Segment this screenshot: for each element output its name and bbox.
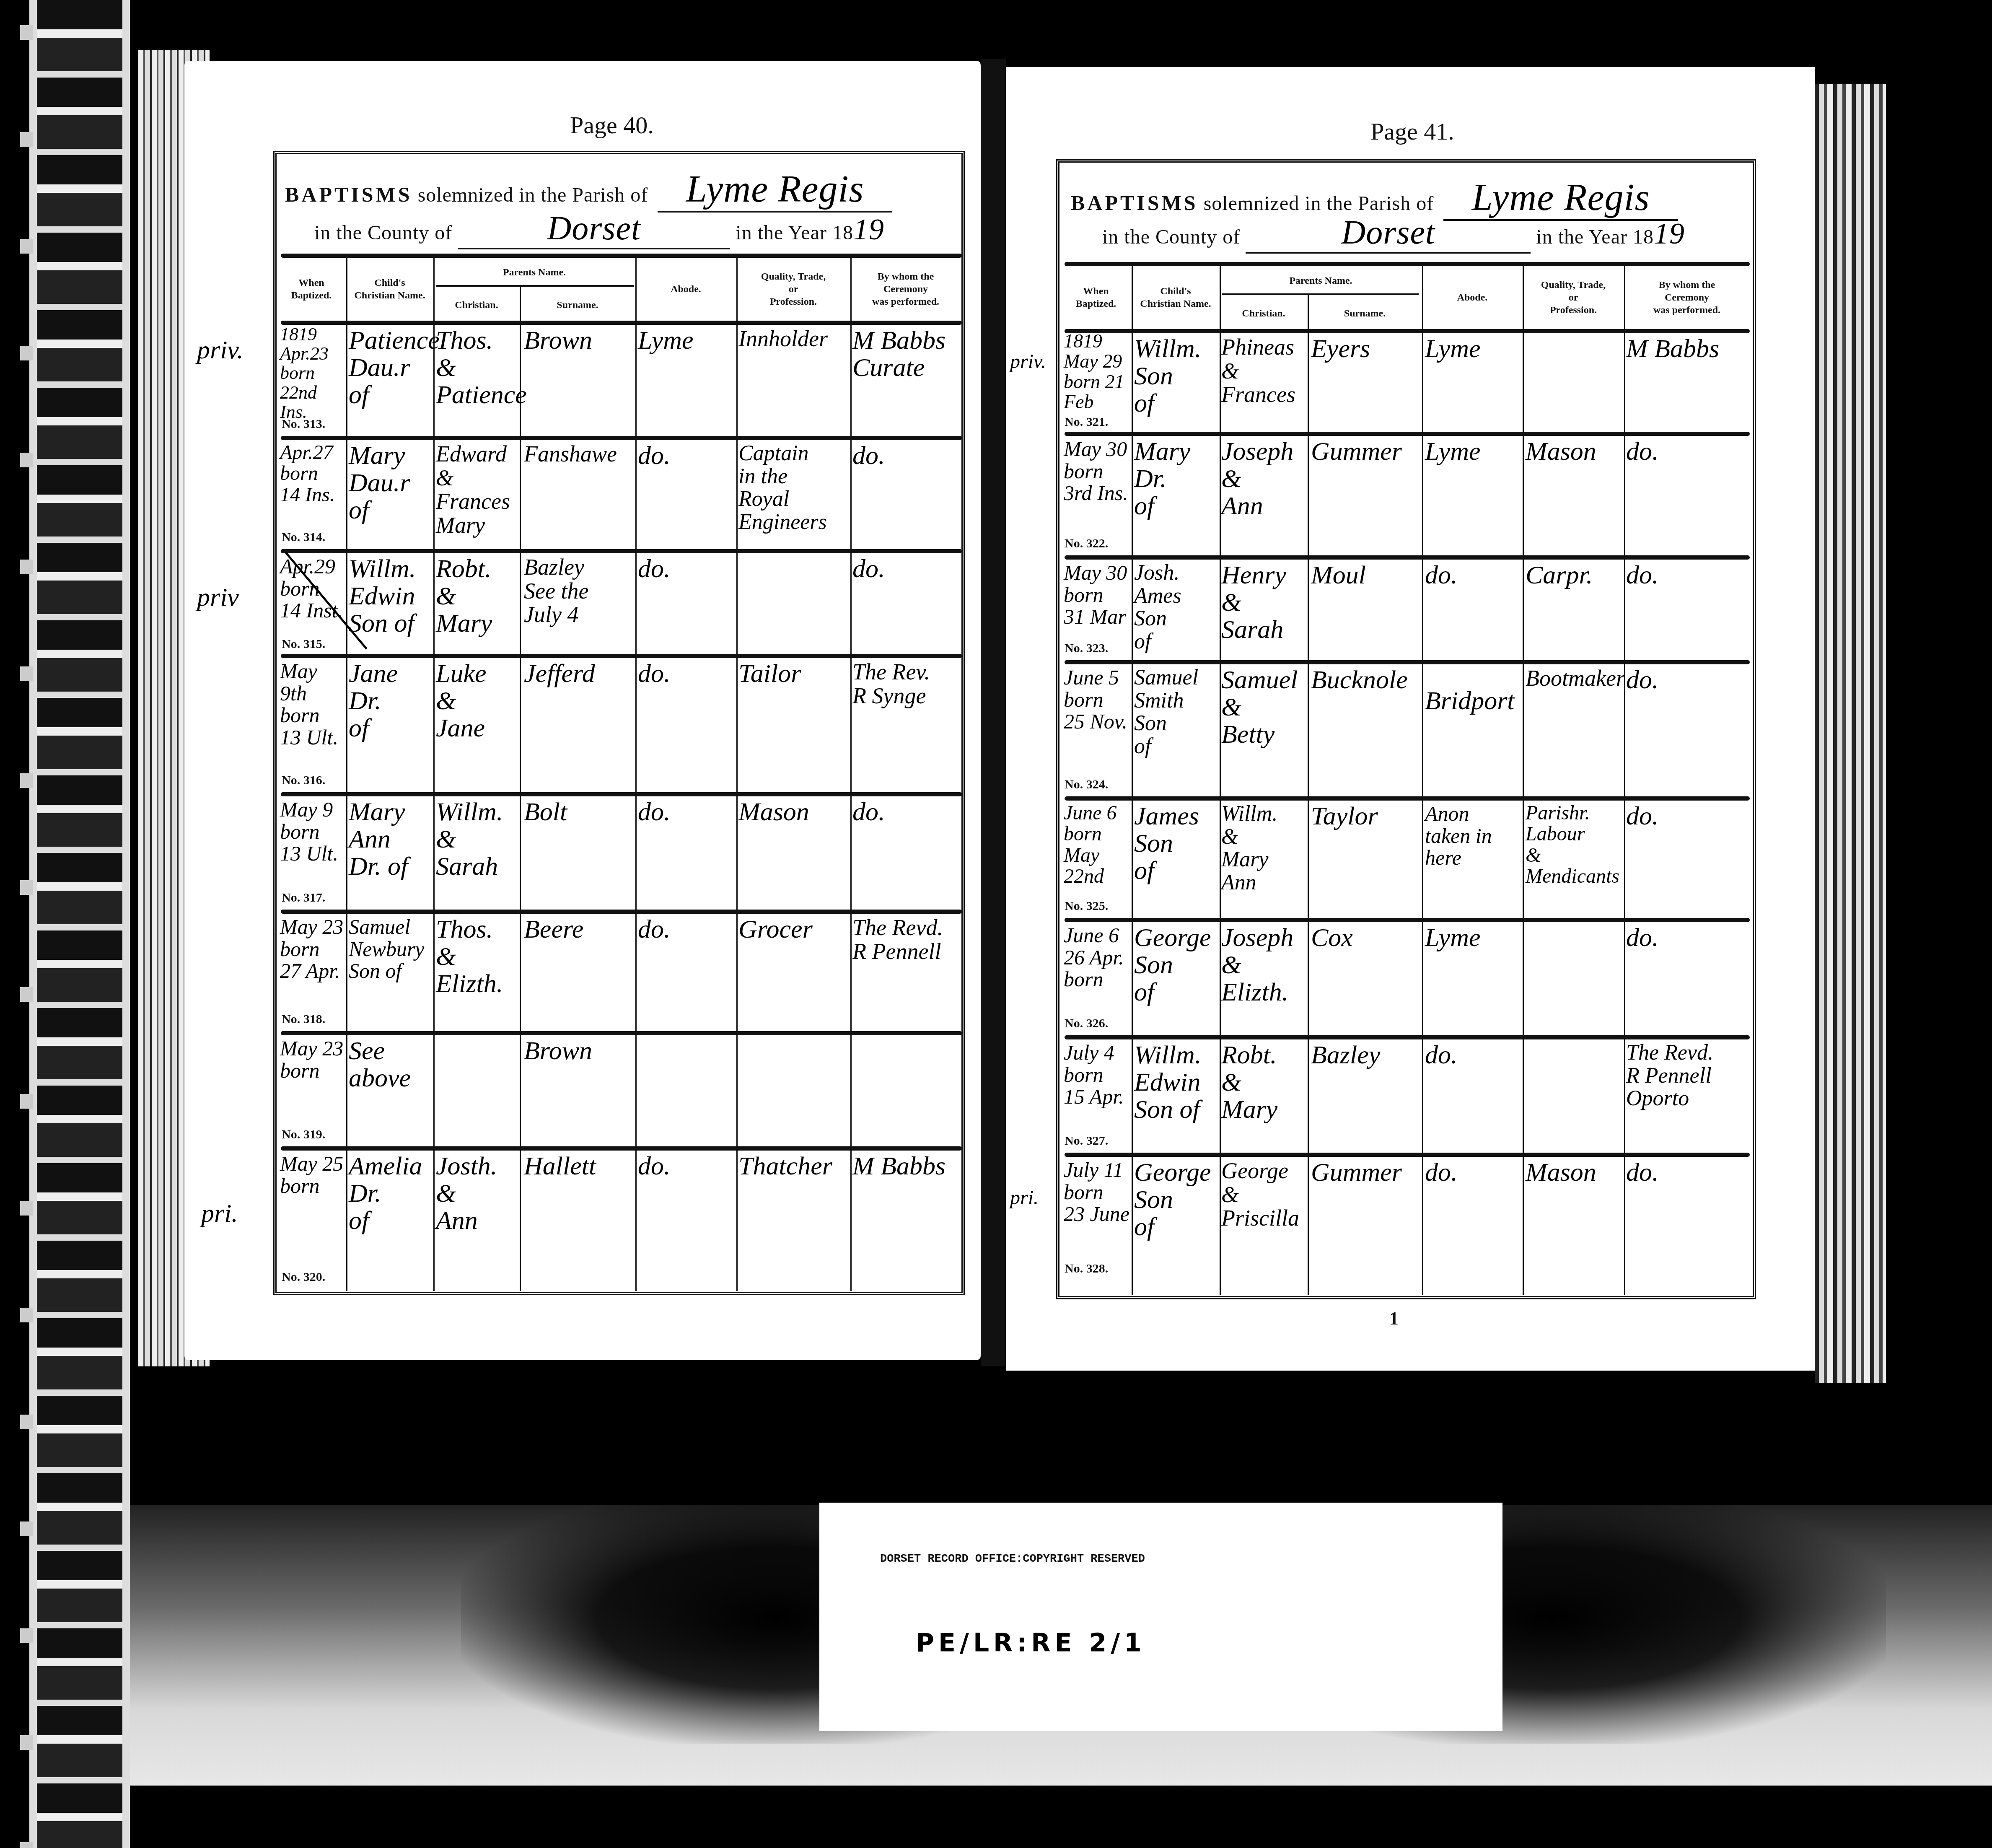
cell-surname: Eyers [1311, 335, 1422, 363]
cell-abode: Lyme [1425, 924, 1523, 951]
copyright-notice: DORSET RECORD OFFICE:COPYRIGHT RESERVED [880, 1553, 1145, 1565]
column-header-parents-christian: Christian. [433, 289, 520, 321]
cell-by-whom: do. [852, 798, 961, 826]
entry-number: No. 328. [1065, 1262, 1108, 1276]
rule [281, 254, 962, 258]
cell-child: Patience Dau.r of [349, 327, 435, 409]
cell-abode: Bridport [1425, 687, 1523, 715]
cell-abode: do. [1425, 1159, 1523, 1186]
book-gutter [981, 59, 1006, 1366]
cell-abode: do. [1425, 1042, 1523, 1069]
cell-parent-christian: Josth. & Ann [436, 1153, 520, 1234]
cell-surname: Gummer [1311, 1159, 1422, 1186]
cell-child: Willm. Son of [1134, 335, 1220, 417]
cell-trade: Bootmaker [1526, 666, 1624, 690]
column-divider [1220, 264, 1221, 1295]
heading-baptisms: BAPTISMS [1071, 191, 1198, 215]
cell-abode: do. [638, 1153, 737, 1180]
cell-child: Josh. Ames Son of [1134, 562, 1220, 653]
county-name: Dorset [458, 210, 730, 249]
parish-name: Lyme Regis [658, 168, 892, 213]
cell-surname: Cox [1311, 924, 1422, 951]
column-divider [1132, 264, 1133, 1295]
cell-parent-christian: Samuel & Betty [1221, 666, 1307, 748]
entry-number: No. 325. [1065, 899, 1108, 913]
margin-note: priv. [197, 335, 243, 365]
county-label: in the County of [1102, 226, 1240, 248]
entry-number: No. 322. [1065, 537, 1108, 551]
column-header-by-whom: By whom the Ceremony was performed. [1624, 266, 1750, 329]
cell-child: Samuel Newbury Son of [349, 916, 435, 982]
cell-abode: do. [1425, 562, 1523, 589]
rule [281, 549, 962, 553]
cell-when: July 4 born 15 Apr. [1064, 1042, 1133, 1108]
entry-number: No. 313. [282, 417, 325, 431]
rule [281, 1146, 962, 1151]
cell-when: 1819 Apr.23 born 22nd Ins. [280, 325, 347, 422]
cell-abode: do. [638, 798, 737, 826]
cell-parent-christian: Joseph & Elizth. [1221, 924, 1307, 1006]
cell-surname: Brown [524, 1037, 635, 1065]
cell-by-whom: do. [1626, 666, 1750, 694]
page-edges-right [1815, 84, 1886, 1383]
cell-parent-christian: Phineas & Frances [1221, 335, 1307, 407]
cell-by-whom: do. [1626, 924, 1750, 951]
column-divider [433, 256, 435, 1291]
entry-number: No. 317. [282, 891, 325, 905]
column-header-parents: Parents Name. [433, 260, 635, 285]
cell-child: Willm. Edwin Son of [349, 555, 435, 637]
cell-parent-christian: Joseph & Ann [1221, 438, 1307, 520]
cell-parent-christian: Thos. & Patience [436, 327, 520, 409]
cell-surname: Bazley See the July 4 [524, 555, 635, 627]
column-divider [736, 256, 738, 1291]
cell-trade: Thatcher [738, 1153, 851, 1180]
cell-by-whom: do. [852, 555, 961, 583]
entry-number: No. 323. [1065, 641, 1108, 656]
column-divider [1624, 264, 1625, 1295]
cell-when: May 30 born 31 Mar [1064, 562, 1133, 628]
cell-parent-christian: George & Priscilla [1221, 1159, 1307, 1230]
margin-note: priv. [1010, 350, 1046, 373]
entry-number: No. 318. [282, 1012, 325, 1026]
entry-number: No. 320. [282, 1270, 325, 1284]
column-header-trade: Quality, Trade, or Profession. [736, 258, 850, 321]
cell-abode: do. [638, 660, 737, 687]
cell-by-whom: do. [1626, 1159, 1750, 1186]
cell-when: May 9 born 13 Ult. [280, 798, 347, 865]
cell-child: George Son of [1134, 924, 1220, 1006]
cell-when: May 23 born [280, 1037, 347, 1081]
cell-child: Samuel Smith Son of [1134, 666, 1220, 758]
cell-child: See above [349, 1037, 435, 1092]
cell-abode: do. [638, 916, 737, 943]
register-heading: BAPTISMS solemnized in the Parish of Lym… [285, 168, 956, 213]
column-divider [850, 256, 852, 1291]
cell-when: June 6 born May 22nd [1064, 803, 1133, 887]
cell-child: Jane Dr. of [349, 660, 435, 742]
cell-when: July 11 born 23 June [1064, 1159, 1133, 1225]
cell-when: 1819 May 29 born 21 Feb [1064, 331, 1133, 412]
cell-surname: Hallett [524, 1153, 635, 1180]
year-value: 19 [1654, 217, 1685, 250]
cell-by-whom: The Rev. R Synge [852, 660, 961, 708]
cell-when: June 5 born 25 Nov. [1064, 666, 1133, 733]
cell-surname: Fanshawe [524, 442, 635, 466]
column-header-trade: Quality, Trade, or Profession. [1523, 266, 1624, 329]
heading-text: solemnized in the Parish of [418, 184, 648, 206]
cell-by-whom: The Revd. R Pennell Oporto [1626, 1042, 1750, 1110]
spiral-binding [29, 0, 130, 1848]
column-header-child: Child's Christian Name. [346, 258, 433, 321]
cell-abode: do. [638, 555, 737, 583]
column-header-parents-surname: Surname. [520, 289, 635, 321]
rule [1222, 293, 1419, 295]
cell-by-whom: The Revd. R Pennell [852, 916, 961, 963]
entry-number: No. 321. [1065, 415, 1108, 429]
county-line: in the County of Dorset in the Year 1819 [1102, 214, 1756, 254]
cell-when: May 9th born 13 Ult. [280, 660, 347, 748]
cell-trade: Tailor [738, 660, 851, 687]
rule [281, 910, 962, 914]
column-divider [1523, 264, 1524, 1295]
cell-by-whom: M Babbs [1626, 335, 1750, 363]
column-header-abode: Abode. [1422, 266, 1523, 329]
cell-trade: Captain in the Royal Engineers [738, 442, 851, 534]
cell-parent-christian: Robt. & Mary [436, 555, 520, 637]
cell-by-whom: do. [1626, 562, 1750, 589]
cell-surname: Beere [524, 916, 635, 943]
cell-parent-christian: Henry & Sarah [1221, 562, 1307, 643]
cell-when: May 25 born [280, 1153, 347, 1197]
rule [1065, 329, 1750, 333]
cell-child: George Son of [1134, 1159, 1220, 1241]
entry-number: No. 326. [1065, 1016, 1108, 1031]
cell-child: Mary Dr. of [1134, 438, 1220, 520]
cell-child: Willm. Edwin Son of [1134, 1042, 1220, 1123]
page-number: Page 40. [570, 111, 654, 139]
cell-abode: Lyme [638, 327, 737, 354]
rule [1065, 1035, 1750, 1039]
cell-parent-christian: Thos. & Elizth. [436, 916, 520, 998]
column-header-parents: Parents Name. [1220, 268, 1422, 293]
cell-trade: Mason [738, 798, 851, 826]
cell-child: Amelia Dr. of [349, 1153, 435, 1234]
cell-when: May 30 born 3rd Ins. [1064, 438, 1133, 504]
cell-by-whom: M Babbs Curate [852, 327, 961, 381]
entry-number: No. 327. [1065, 1134, 1108, 1148]
county-line: in the County of Dorset in the Year 1819 [314, 210, 964, 249]
cell-surname: Bolt [524, 798, 635, 826]
county-label: in the County of [314, 222, 452, 244]
cell-trade: Mason [1526, 1159, 1624, 1186]
cell-surname: Gummer [1311, 438, 1422, 465]
cell-trade: Parishr. Labour & Mendicants [1526, 803, 1624, 887]
cell-child: Mary Ann Dr. of [349, 798, 435, 880]
cell-parent-christian: Robt. & Mary [1221, 1042, 1307, 1123]
entry-number: No. 319. [282, 1127, 325, 1142]
archive-label: DORSET RECORD OFFICE:COPYRIGHT RESERVED … [819, 1503, 1502, 1731]
cell-parent-christian: Edward & Frances Mary [436, 442, 520, 537]
margin-note: pri. [201, 1199, 238, 1229]
column-header-parents-surname: Surname. [1308, 298, 1422, 329]
rule [281, 654, 962, 658]
cell-surname: Taylor [1311, 803, 1422, 830]
column-header-by-whom: By whom the Ceremony was performed. [850, 258, 961, 321]
entry-number: No. 324. [1065, 778, 1108, 792]
rule [436, 285, 634, 287]
cell-surname: Jefferd [524, 660, 635, 687]
county-name: Dorset [1246, 214, 1531, 254]
cell-when: Apr.27 born 14 Ins. [280, 442, 347, 505]
rule [1065, 555, 1750, 560]
rule [1065, 1153, 1750, 1157]
column-header-when: When Baptized. [1060, 266, 1132, 329]
rule [1065, 660, 1750, 664]
cell-child: Mary Dau.r of [349, 442, 435, 524]
cell-when: May 23 born 27 Apr. [280, 916, 347, 982]
cell-surname: Moul [1311, 562, 1422, 589]
rule [1065, 918, 1750, 922]
rule [1065, 432, 1750, 436]
rule [281, 436, 962, 440]
rule [281, 321, 962, 325]
year-label: in the Year 18 [1536, 226, 1654, 248]
cell-when: Apr.29 born 14 Inst. [280, 555, 347, 622]
column-header-abode: Abode. [635, 258, 736, 321]
cell-parent-christian: Luke & Jane [436, 660, 520, 742]
rule [1065, 262, 1750, 266]
column-divider [635, 256, 637, 1291]
cell-abode: do. [638, 442, 737, 469]
heading-text: solemnized in the Parish of [1204, 192, 1434, 215]
column-divider [1422, 264, 1423, 1295]
cell-by-whom: do. [1626, 438, 1750, 465]
column-header-when: When Baptized. [277, 258, 346, 321]
cell-trade: Grocer [738, 916, 851, 943]
rule [1065, 796, 1750, 801]
cell-parent-christian: Willm. & Mary Ann [1221, 803, 1307, 894]
cell-by-whom: do. [1626, 803, 1750, 830]
cell-child: James Son of [1134, 803, 1220, 884]
entry-number: No. 316. [282, 773, 325, 788]
rule [281, 1031, 962, 1035]
cell-surname: Bucknole [1311, 666, 1422, 694]
archive-reference: PE/LR:RE 2/1 [916, 1628, 1146, 1658]
cell-surname: Bazley [1311, 1042, 1422, 1069]
entry-number: No. 314. [282, 530, 325, 544]
cell-trade: Carpr. [1526, 562, 1624, 589]
cell-parent-christian: Willm. & Sarah [436, 798, 520, 880]
cell-trade: Innholder [738, 327, 851, 351]
page-number: Page 41. [1370, 117, 1454, 145]
margin-note: priv [197, 583, 239, 612]
margin-note: pri. [1010, 1186, 1039, 1209]
cell-abode: Lyme [1425, 438, 1523, 465]
year-value: 19 [853, 213, 884, 246]
column-divider [1308, 295, 1309, 1295]
cell-abode: Anon taken in here [1425, 803, 1523, 869]
heading-baptisms: BAPTISMS [285, 183, 412, 206]
cell-by-whom: do. [852, 442, 961, 469]
column-header-child: Child's Christian Name. [1132, 266, 1220, 329]
cell-abode: Lyme [1425, 335, 1523, 363]
column-header-parents-christian: Christian. [1220, 298, 1308, 329]
bottom-edge [130, 1786, 1992, 1848]
cell-trade: Mason [1526, 438, 1624, 465]
rule [281, 792, 962, 796]
folio-number: 1 [1389, 1308, 1399, 1329]
cell-when: June 6 26 Apr. born [1064, 924, 1133, 990]
cell-by-whom: M Babbs [852, 1153, 961, 1180]
entry-number: No. 315. [282, 637, 325, 651]
year-label: in the Year 18 [736, 222, 853, 244]
cell-surname: Brown [524, 327, 635, 354]
